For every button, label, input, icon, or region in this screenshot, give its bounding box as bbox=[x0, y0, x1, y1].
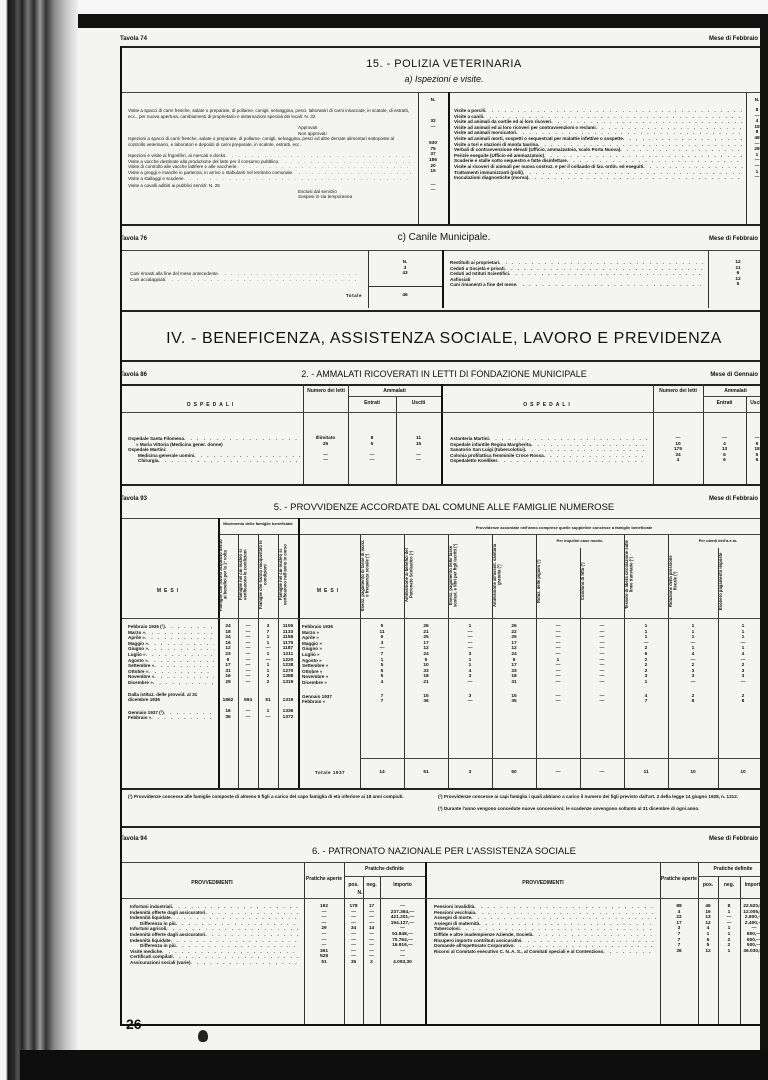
table-94-right-pos: 46161312415512 bbox=[698, 904, 718, 954]
col-header-importo: Importo bbox=[380, 882, 425, 888]
divider bbox=[698, 876, 768, 877]
group-header-provvidenze: Provvidenze accordate nell'anno comprese… bbox=[360, 525, 768, 531]
col-header: Esenz. pagamento delle tasse scolast. e … bbox=[449, 538, 492, 612]
row-label: Cani rimanenti a fine del mese bbox=[450, 282, 516, 288]
col-header: Famiglie che hanno riacquistato le condi… bbox=[259, 538, 278, 612]
cell-value: 35 bbox=[344, 960, 363, 966]
divider bbox=[120, 412, 768, 413]
total-cell: — bbox=[536, 770, 580, 776]
total-cell: 10 bbox=[668, 770, 718, 776]
cell-value: — bbox=[348, 458, 396, 464]
row-label: Dalla istituz. delle provvid. al 31 dice… bbox=[128, 692, 208, 704]
table-76-right-list: Restituiti ai proprietari Ceduti a Socie… bbox=[450, 260, 704, 288]
total-cell: 3 bbox=[448, 770, 492, 776]
col-header: Esenz. pagamento di tasse di iscriz. o f… bbox=[361, 538, 404, 612]
total-value: 46 bbox=[368, 293, 442, 299]
table-86-left-entrati: 8 5 — — bbox=[348, 436, 396, 464]
table-86-title: 2. - AMMALATI RICOVERATI IN LETTI DI FON… bbox=[120, 369, 768, 379]
cell-value: 7 bbox=[360, 699, 404, 705]
col-header-pos-right: pos. bbox=[698, 882, 718, 888]
document-page: Tavola 74 Mese di Febbraio 15. - POLIZIA… bbox=[78, 28, 768, 1050]
col-header-ammalati: Ammalati bbox=[348, 388, 441, 394]
col-header-neg: neg. bbox=[363, 882, 380, 888]
table-row: Febbraio » bbox=[128, 715, 214, 721]
col-header: Tessere di libera circolazione sulle lin… bbox=[625, 538, 668, 612]
col-header-ammalati-right: Ammalati bbox=[703, 388, 768, 394]
col-header: Condono di fitto (²) bbox=[581, 550, 624, 612]
cell-value: 35 bbox=[492, 699, 536, 705]
scan-top-margin bbox=[0, 0, 768, 14]
table-93-right-col: 1————31143—3— bbox=[448, 624, 492, 705]
tavola-94-label: Tavola 94 bbox=[120, 836, 147, 842]
divider bbox=[120, 360, 768, 362]
col-header-mesi-right: MESI bbox=[298, 588, 360, 594]
table-row: Visite a stallaggi e scuderie bbox=[128, 176, 412, 182]
row-label: Inoculazioni diagnostiche (morva) bbox=[454, 175, 528, 181]
row-label: Visite a stallaggi e scuderie bbox=[128, 176, 184, 182]
section-heading: IV. - BENEFICENZA, ASSISTENZA SOCIALE, L… bbox=[120, 330, 768, 348]
col-header: Famiglie che hanno acquisito diritto ai … bbox=[219, 538, 238, 612]
col-header: Ammissione all'assist. sanitaria gratuit… bbox=[493, 538, 536, 612]
row-label: Ricorsi al Comitato esecutivo C. N. A. S… bbox=[434, 949, 603, 955]
tavola-74-month: Mese di Febbraio bbox=[709, 36, 758, 42]
col-header: Ammissione ai benefici del Patronato Sco… bbox=[405, 538, 448, 612]
col-header-entrati-right: Entrati bbox=[703, 400, 746, 406]
cell-value: 1 bbox=[718, 949, 740, 955]
divider bbox=[344, 876, 425, 877]
cell-value: — bbox=[238, 715, 258, 721]
table-94-left-aperte: 192———29———36152851 bbox=[304, 904, 344, 966]
table-93-right-col: 111—14—233—28 bbox=[668, 624, 718, 705]
table-76-left-values: N. 3 43 bbox=[368, 260, 442, 277]
row-label: Chirurgia bbox=[138, 458, 158, 464]
table-row: Ceduti ad Istituti Scientifici bbox=[450, 271, 704, 277]
divider bbox=[348, 396, 441, 397]
table-94-left-importo: —237.364,—421.201,—194.127,——53.848,—70.… bbox=[380, 904, 425, 966]
col-header-mesi: MESI bbox=[120, 588, 218, 594]
table-row: Assicurazioni sociali (varie) bbox=[130, 960, 300, 966]
row-label: Visite a spacci di carni fresche, salate… bbox=[128, 108, 412, 125]
table-94-title: 6. - PATRONATO NAZIONALE PER L'ASSISTENZ… bbox=[120, 846, 768, 857]
group-header-inquilini: Per inquilini case munic. bbox=[536, 538, 624, 544]
divider bbox=[120, 484, 768, 486]
divider bbox=[120, 384, 768, 386]
table-row: Inoculazioni diagnostiche (morva) bbox=[454, 175, 744, 181]
cell-value: 4.093,30 bbox=[380, 960, 425, 966]
column-rule bbox=[298, 518, 300, 788]
group-header-movimento: Movimento delle famiglie beneficiate bbox=[218, 522, 298, 527]
divider bbox=[120, 826, 768, 828]
col-header-n: N. bbox=[418, 98, 448, 104]
cell-value: 36 bbox=[404, 699, 448, 705]
table-row: Ospedaletto Koelliker bbox=[450, 458, 648, 464]
col-header-definite: Pratiche definite bbox=[344, 866, 425, 872]
table-74-left-list: Visite a spacci di carni fresche, salate… bbox=[128, 108, 412, 200]
row-label: Dicembre » bbox=[128, 680, 153, 686]
table-93-right-col: 111—262223147 bbox=[624, 624, 668, 705]
divider bbox=[120, 898, 768, 899]
divider bbox=[120, 46, 768, 48]
col-header-ospedali: OSPEDALI bbox=[120, 402, 303, 408]
page-number: 26 bbox=[126, 1016, 142, 1032]
table-93-right-col: ————————————— bbox=[580, 624, 624, 705]
table-76-right-values: 12 11 6 12 5 bbox=[708, 260, 768, 288]
cell-value: 12 bbox=[698, 949, 718, 955]
table-93-title: 5. - PROVVIDENZE ACCORDATE DAL COMUNE AL… bbox=[120, 502, 768, 513]
table-93-col-4: 1106113311581175118712111220123812701288… bbox=[278, 624, 298, 720]
col-header-entrati: Entrati bbox=[348, 400, 396, 406]
total-label: Totale 1937 bbox=[302, 770, 358, 776]
scan-artifact bbox=[198, 1030, 208, 1042]
column-rule bbox=[703, 384, 704, 484]
total-cell: 14 bbox=[360, 770, 404, 776]
col-header-aperte: Pratiche aperte bbox=[304, 876, 344, 882]
table-row: Cani rimanenti a fine del mese bbox=[450, 282, 704, 288]
book-right-edge bbox=[760, 28, 768, 1050]
row-label: Febbraio » bbox=[302, 699, 358, 705]
book-binding bbox=[0, 0, 78, 1080]
cell-value: 8 bbox=[668, 699, 718, 705]
total-label: Totale bbox=[278, 293, 362, 299]
table-93-right-months: Febbraio 1936 Marzo » Aprile » Maggio » … bbox=[302, 624, 358, 705]
col-header-aperte-right: Pratiche aperte bbox=[660, 876, 698, 882]
col-header-numero-right: Numero dei letti bbox=[653, 388, 703, 394]
table-93-col-3: 3711—1—1122 51 1— bbox=[258, 624, 278, 720]
table-94-right-aperte: 8842217377736 bbox=[660, 904, 698, 954]
col-header-provvedimenti: PROVVEDIMENTI bbox=[120, 880, 304, 886]
table-94-left-labels: Infortuni industrialiIndennità offerte d… bbox=[130, 904, 300, 966]
divider bbox=[120, 862, 768, 863]
cell-value: 4 bbox=[653, 458, 703, 464]
table-74-title: 15. - POLIZIA VETERINARIA bbox=[120, 58, 768, 70]
row-label: Assicurazioni sociali (varie) bbox=[130, 960, 191, 966]
cell-value: 36 bbox=[218, 715, 238, 721]
column-rule bbox=[441, 384, 443, 484]
divider bbox=[360, 758, 768, 759]
table-86-right-letti: — 10 175 34 4 bbox=[653, 436, 703, 464]
table-93-left-months: Febbraio 1936 (¹) Marzo » Aprile » Maggi… bbox=[128, 624, 214, 721]
table-86-right-entrati: — 4 13 6 6 bbox=[703, 436, 746, 464]
col-header-definite-right: Pratiche definite bbox=[698, 866, 768, 872]
row-label: Cani accalappiati bbox=[130, 277, 165, 283]
cell-value: 2 bbox=[363, 960, 380, 966]
col-header: Famiglie nel cui nucleo si verificarono … bbox=[239, 538, 258, 612]
divider bbox=[120, 224, 768, 226]
page-frame-left bbox=[120, 46, 122, 1026]
table-93-col-1: 241824161223917311629 1862 1636 bbox=[218, 624, 238, 720]
table-93-right-col: 2622251712249173318311535 bbox=[492, 624, 536, 705]
cell-value: 36 bbox=[660, 949, 698, 955]
table-row: Chirurgia bbox=[128, 458, 300, 464]
table-row: Cani accalappiati bbox=[130, 277, 362, 283]
col-header-ospedali-right: OSPEDALI bbox=[443, 402, 653, 408]
table-74-right-list: Visite a porcili Visite a canili Visite … bbox=[454, 108, 744, 181]
col-header-neg-right: neg. bbox=[718, 882, 740, 888]
col-header-pos: pos. bbox=[344, 882, 363, 888]
table-74-left-values: 32 — 930 75 37 186 20 15 — — bbox=[418, 119, 448, 194]
col-header-provvedimenti-right: PROVVEDIMENTI bbox=[426, 880, 660, 886]
cell-value: — bbox=[448, 699, 492, 705]
table-76-left-list: Cani rimasti alla fine del mese antecede… bbox=[130, 271, 362, 282]
cell-value: 5 bbox=[708, 282, 768, 288]
footnote-2: (²) Provvidenze concesse ai capi famigli… bbox=[438, 794, 763, 800]
divider bbox=[120, 92, 768, 93]
group-header-aem: Per utenti dell'a.e.m. bbox=[668, 538, 768, 544]
col-header-usciti: Usciti bbox=[396, 400, 441, 406]
row-sub: Sospesi in via temporanea bbox=[128, 194, 412, 200]
column-rule bbox=[303, 384, 304, 484]
col-header-numero: Numero dei letti bbox=[304, 388, 348, 394]
column-rule bbox=[348, 384, 349, 484]
total-cell: 50 bbox=[492, 770, 536, 776]
table-93-right-col: 51163—71555477 bbox=[360, 624, 404, 705]
cell-value: 1372 bbox=[278, 715, 298, 721]
cell-value: — bbox=[258, 715, 278, 721]
divider bbox=[120, 788, 768, 790]
column-rule bbox=[442, 250, 444, 308]
table-76-title: c) Canile Municipale. bbox=[120, 232, 768, 243]
divider bbox=[368, 286, 442, 287]
table-86-left-list: Ospedale Santa Filomena » Maria Vittoria… bbox=[128, 436, 300, 464]
table-94-right-labels: Pensioni invaliditàPensioni vecchiaiaAss… bbox=[434, 904, 656, 954]
column-rule bbox=[653, 384, 654, 484]
table-93-col-2: ——————————— 594 —— bbox=[238, 624, 258, 720]
table-row: Dicembre » bbox=[128, 680, 214, 686]
column-rule bbox=[425, 862, 427, 1024]
table-86-left-letti: Illimitato 25 — — bbox=[303, 436, 348, 464]
table-94-right-neg: 81——11221 bbox=[718, 904, 740, 954]
tavola-94-month: Mese di Febbraio bbox=[709, 836, 758, 842]
divider bbox=[120, 310, 768, 312]
divider bbox=[218, 534, 768, 535]
table-74-subtitle: a) Ispezioni e visite. bbox=[120, 74, 768, 84]
footnote-3: (³) Durante l'anno vengono concedute nuo… bbox=[438, 806, 763, 812]
cell-value: 6 bbox=[703, 458, 746, 464]
table-94-left-pos: 178———34—————35 bbox=[344, 904, 363, 966]
column-rule bbox=[448, 92, 450, 224]
table-93-right-col: ——————1—————— bbox=[536, 624, 580, 705]
footnote-1: (¹) Provvidenze concesse alle famiglie c… bbox=[128, 794, 428, 800]
divider bbox=[120, 250, 768, 251]
col-header: Riduz. delle pigioni (²) bbox=[537, 550, 580, 612]
cell-value: — bbox=[536, 699, 580, 705]
divider bbox=[120, 618, 768, 619]
total-cell: 11 bbox=[624, 770, 668, 776]
divider bbox=[120, 1024, 768, 1026]
table-94-left-neg: 17———14—————2 bbox=[363, 904, 380, 966]
col-header: Famiglie nel cui nucleo si verificarono … bbox=[279, 538, 298, 612]
table-86-right-list: Astanteria Martini Ospedale infantile Re… bbox=[450, 436, 648, 464]
col-header: Riduzione della pressione fiscale (²) bbox=[669, 550, 718, 612]
cell-value: 7 bbox=[624, 699, 668, 705]
cell-value: — bbox=[396, 458, 441, 464]
column-rule bbox=[368, 250, 369, 308]
tavola-74-label: Tavola 74 bbox=[120, 36, 147, 42]
table-86-left-usciti: 11 15 — — bbox=[396, 436, 441, 464]
row-label: Ospedaletto Koelliker bbox=[450, 458, 497, 464]
table-row: Ricorsi al Comitato esecutivo C. N. A. S… bbox=[434, 949, 656, 955]
total-cell: — bbox=[580, 770, 624, 776]
cell-value: — bbox=[418, 188, 448, 194]
book-bottom-edge bbox=[20, 1050, 768, 1080]
cell-value: 43 bbox=[368, 271, 442, 277]
row-label: Febbraio » bbox=[128, 715, 151, 721]
divider bbox=[703, 396, 768, 397]
cell-value: — bbox=[303, 458, 348, 464]
total-cell: 51 bbox=[404, 770, 448, 776]
col-header-n: N. bbox=[350, 890, 370, 896]
cell-value: 51 bbox=[304, 960, 344, 966]
cell-value: — bbox=[580, 699, 624, 705]
row-label: Ispezioni a spacci di carni fresche, sal… bbox=[128, 136, 412, 153]
table-93-right-col: 2621251712249103318211536 bbox=[404, 624, 448, 705]
